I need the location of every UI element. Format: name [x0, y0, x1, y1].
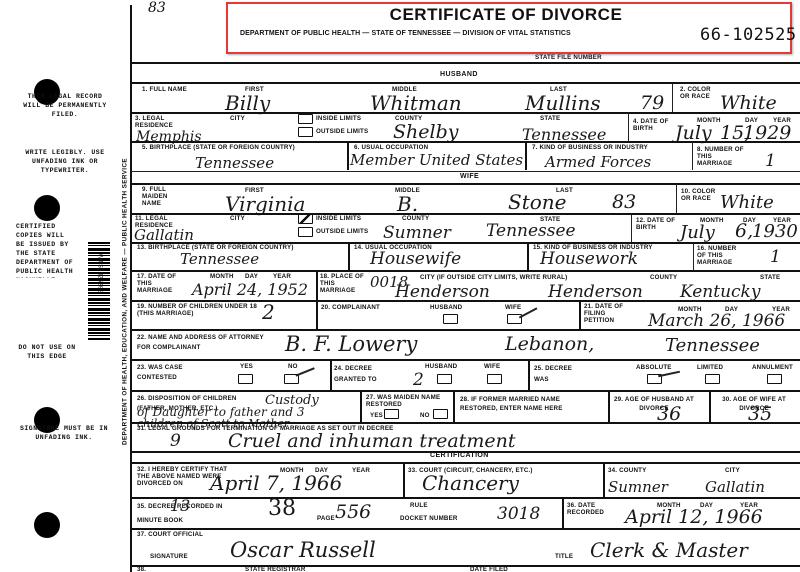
label-no: NO [420, 412, 430, 419]
section-husband: HUSBAND [440, 71, 478, 78]
inside-limits-checkbox[interactable] [298, 214, 313, 224]
contested-yes-checkbox[interactable] [238, 374, 253, 384]
husband-business[interactable]: Armed Forces [545, 153, 651, 171]
label-complainant: 20. COMPLAINANT [321, 304, 380, 311]
attorney-state[interactable]: Tennessee [665, 337, 760, 355]
label-maiden-name: 9. FULL MAIDEN NAME [142, 186, 187, 207]
marriage-state[interactable]: Kentucky [680, 283, 760, 301]
label-wife: WIFE [505, 304, 521, 311]
wife-residence-state[interactable]: Tennessee [486, 222, 576, 240]
decree-granted-to[interactable]: 2 [413, 371, 424, 389]
minute-book-vol[interactable]: 13 [170, 497, 190, 515]
divider [672, 84, 673, 112]
label-wife: WIFE [484, 363, 500, 370]
children-count[interactable]: 2 [262, 303, 275, 321]
divider [603, 463, 605, 497]
outside-limits-checkbox[interactable] [298, 227, 313, 237]
label-husband: HUSBAND [430, 304, 462, 311]
label-day: DAY [245, 273, 258, 280]
marriage-date[interactable]: April 24, 1952 [192, 281, 308, 299]
label-year: YEAR [352, 467, 370, 474]
certificate-title: CERTIFICATE OF DIVORCE [226, 5, 786, 25]
marriage-city[interactable]: Henderson [395, 283, 490, 301]
divider [676, 184, 677, 214]
label-former-name: 28. IF FORMER MARRIED NAME RESTORED, ENT… [460, 395, 570, 413]
divider [130, 300, 800, 302]
minute-book-number[interactable]: 38 [268, 500, 296, 518]
maiden-restored-no-checkbox[interactable] [433, 409, 448, 419]
wife-marriage-number[interactable]: 1 [770, 248, 781, 266]
divider [347, 142, 349, 170]
divider [631, 214, 632, 242]
wife-occupation[interactable]: Housewife [370, 250, 461, 268]
label-usual-occupation: 6. USUAL OCCUPATION [354, 144, 428, 151]
label-minute-book: 35. DECREE RECORDED IN MINUTE BOOK [137, 500, 247, 528]
label-inside-limits: INSIDE LIMITS [316, 115, 361, 122]
wife-last-note: 83 [612, 193, 636, 211]
divider [130, 462, 800, 464]
divider [316, 271, 318, 300]
label-number-of-marriage: 16. NUMBER OF THIS MARRIAGE [697, 245, 747, 266]
decree-limited-checkbox[interactable] [705, 374, 720, 384]
divider [709, 391, 711, 422]
label-rule: RULE [410, 502, 428, 509]
official-title[interactable]: Clerk & Master [590, 541, 748, 559]
label-decree-was: 25. DECREE WAS [534, 363, 584, 385]
outside-limits-checkbox[interactable] [298, 127, 313, 137]
label-number-of-marriage: 8. NUMBER OF THIS MARRIAGE [697, 146, 747, 167]
label-maiden-restored: 27. WAS MAIDEN NAME RESTORED [366, 394, 446, 408]
label-husband: HUSBAND [425, 363, 457, 370]
grounds-code[interactable]: 9 [170, 432, 181, 450]
label-cert-county: 34. COUNTY [608, 467, 646, 474]
divider [130, 422, 800, 424]
label-state: STATE [540, 115, 560, 122]
punch-hole [34, 512, 60, 538]
barcode-text: VANSEN25200 [97, 254, 104, 334]
wife-race[interactable]: White [720, 194, 774, 212]
wife-middle-name[interactable]: B. [397, 195, 418, 213]
wife-first-name[interactable]: Virginia [225, 195, 305, 213]
label-decree-granted: 24. DECREE GRANTED TO [334, 363, 394, 385]
divider [692, 142, 693, 170]
divider [525, 142, 527, 170]
inside-limits-checkbox[interactable] [298, 114, 313, 124]
husband-last-name[interactable]: Mullins [525, 94, 601, 112]
section-certification: CERTIFICATION [430, 452, 489, 459]
complainant-husband-checkbox[interactable] [443, 314, 458, 324]
husband-dob-month[interactable]: July [675, 124, 712, 142]
wife-business[interactable]: Housework [540, 250, 638, 268]
husband-residence-county[interactable]: Shelby [393, 123, 458, 141]
marriage-county[interactable]: Henderson [548, 283, 643, 301]
husband-age[interactable]: 36 [657, 405, 681, 423]
wife-dob-month[interactable]: July [680, 224, 715, 242]
checkmark-stroke [295, 367, 314, 376]
divider [693, 243, 694, 270]
divorce-date[interactable]: April 7, 1966 [210, 474, 342, 492]
label-county: COUNTY [650, 274, 677, 281]
label-city: CITY [725, 467, 740, 474]
label-state: STATE [760, 274, 780, 281]
vertical-department-caption: DEPARTMENT OF HEALTH, EDUCATION, AND WEL… [122, 82, 129, 522]
divider [130, 141, 800, 143]
label-signature: SIGNATURE [150, 553, 188, 560]
margin-note-legal-record: THIS LEGAL RECORD WILL BE PERMANENTLY FI… [20, 92, 110, 119]
divider [130, 359, 800, 361]
docket-number[interactable]: 3018 [497, 505, 540, 523]
decree-annulment-checkbox[interactable] [767, 374, 782, 384]
granted-wife-checkbox[interactable] [487, 374, 502, 384]
label-place-of-marriage: 18. PLACE OF THIS MARRIAGE [320, 273, 370, 294]
punch-hole [34, 195, 60, 221]
label-date-recorded: 36. DATE RECORDED [567, 502, 627, 516]
divider [130, 112, 800, 114]
court-name[interactable]: Chancery [422, 474, 519, 492]
checkmark-stroke [658, 371, 680, 377]
divider [528, 360, 530, 390]
label-state-registrar: STATE REGISTRAR [245, 566, 306, 572]
maiden-restored-yes-checkbox[interactable] [384, 409, 399, 419]
wife-age[interactable]: 35 [748, 405, 772, 423]
label-business: 7. KIND OF BUSINESS OR INDUSTRY [532, 144, 648, 151]
label-title: TITLE [555, 553, 573, 560]
husband-race[interactable]: White [720, 94, 777, 112]
husband-marriage-number[interactable]: 1 [765, 152, 776, 170]
divider [130, 82, 800, 84]
label-date-of-birth: 12. DATE OF BIRTH [636, 217, 676, 231]
divider [403, 463, 405, 497]
label-yes: YES [370, 412, 383, 419]
wife-residence-county[interactable]: Sumner [383, 224, 451, 242]
husband-middle-name[interactable]: Whitman [370, 94, 462, 112]
margin-note-certified: CERTIFIED COPIES WILL BE ISSUED BY THE S… [16, 222, 74, 278]
label-color-race: 2. COLOR OR RACE [680, 86, 720, 100]
wife-birthplace[interactable]: Tennessee [180, 250, 259, 268]
divider [130, 62, 800, 64]
divider [562, 498, 564, 528]
divider [130, 171, 800, 172]
date-recorded[interactable]: April 12, 1966 [625, 508, 763, 526]
label-husband-age: 29. AGE OF HUSBAND AT DIVORCE [614, 395, 694, 413]
divider [316, 301, 318, 329]
divider [360, 391, 362, 422]
husband-last-note: 79 [640, 94, 664, 112]
section-wife: WIFE [460, 173, 479, 180]
divider [130, 528, 800, 530]
label-outside-limits: OUTSIDE LIMITS [316, 128, 368, 135]
wife-dob-day[interactable]: 6, [735, 222, 753, 240]
label-color-race: 10. COLOR OR RACE [681, 188, 721, 202]
husband-birthplace[interactable]: Tennessee [195, 154, 274, 172]
wife-dob-year[interactable]: 1930 [752, 223, 798, 241]
form-left-border [130, 5, 132, 572]
margin-note-signature-ink: SIGNATURE MUST BE IN UNFADING INK. [20, 424, 108, 442]
cert-county[interactable]: Sumner [608, 478, 668, 496]
label-docket: DOCKET NUMBER [400, 515, 458, 522]
granted-husband-checkbox[interactable] [437, 374, 452, 384]
label-year: YEAR [273, 273, 291, 280]
divider [579, 301, 581, 329]
filing-date[interactable]: March 26, 1966 [648, 312, 785, 330]
label-month: MONTH [210, 273, 234, 280]
label-no: NO [288, 363, 298, 370]
wife-last-name[interactable]: Stone [508, 193, 567, 211]
label-contested: 23. WAS CASE CONTESTED [137, 363, 207, 383]
label-inside-limits: INSIDE LIMITS [316, 215, 361, 222]
label-38: 38. [137, 566, 146, 572]
label-court-official: 37. COURT OFFICIAL [137, 531, 203, 538]
state-file-number: 66-102525 [700, 25, 797, 45]
label-page: PAGE [317, 515, 335, 522]
label-city: CITY [230, 215, 245, 222]
state-file-number-label: STATE FILE NUMBER [535, 54, 602, 61]
divider [130, 497, 800, 499]
legal-grounds[interactable]: Cruel and inhuman treatment [228, 432, 515, 450]
divider [130, 329, 800, 331]
husband-occupation[interactable]: Member United States [350, 151, 523, 169]
attorney-city[interactable]: Lebanon, [505, 335, 594, 353]
margin-note-write-legibly: WRITE LEGIBLY. USE UNFADING INK OR TYPEW… [20, 148, 110, 175]
divider [330, 360, 332, 390]
divider [130, 390, 800, 392]
cert-city[interactable]: Gallatin [705, 478, 765, 496]
attorney-name[interactable]: B. F. Lowery [285, 335, 417, 353]
divider [628, 113, 629, 141]
divider [130, 565, 800, 567]
label-attorney: 22. NAME AND ADDRESS OF ATTORNEY FOR COM… [137, 333, 267, 353]
label-outside-limits: OUTSIDE LIMITS [316, 228, 368, 235]
label-city: CITY [230, 115, 245, 122]
label-yes: YES [240, 363, 253, 370]
label-date-of-marriage: 17. DATE OF THIS MARRIAGE [137, 273, 187, 294]
certificate-subtitle: Department of Public Health — State of T… [240, 30, 571, 37]
husband-dob-year[interactable]: 1929 [743, 124, 791, 142]
checkmark-stroke [519, 307, 537, 318]
official-signature[interactable]: Oscar Russell [230, 541, 376, 559]
label-marriage-city: CITY (IF OUTSIDE CITY LIMITS, WRITE RURA… [420, 274, 567, 281]
label-date-filed: DATE FILED [470, 566, 508, 572]
corner-note: 83 [148, 0, 166, 16]
divider [527, 243, 529, 270]
label-filing-date: 21. DATE OF FILING PETITION [584, 303, 626, 324]
label-absolute: ABSOLUTE [636, 364, 672, 371]
minute-book-page[interactable]: 556 [335, 503, 371, 521]
label-date-of-birth: 4. DATE OF BIRTH [633, 118, 673, 132]
label-full-name: 1. FULL NAME [142, 86, 187, 93]
margin-note-do-not-use: DO NOT USE ON THIS EDGE [18, 343, 76, 361]
husband-first-name[interactable]: Billy [225, 94, 270, 112]
label-birthplace: 5. BIRTHPLACE (STATE OR FOREIGN COUNTRY) [142, 144, 295, 151]
label-annulment: ANNULMENT [752, 364, 793, 371]
divider [348, 243, 350, 270]
divider [130, 270, 800, 272]
label-children: 19. NUMBER OF CHILDREN UNDER 18 (THIS MA… [137, 303, 267, 317]
divider [453, 391, 455, 422]
divider [130, 183, 800, 185]
label-limited: LIMITED [697, 364, 723, 371]
divider [608, 391, 610, 422]
label-county: COUNTY [402, 215, 429, 222]
label-legal-residence: 3. LEGAL RESIDENCE [135, 115, 190, 129]
